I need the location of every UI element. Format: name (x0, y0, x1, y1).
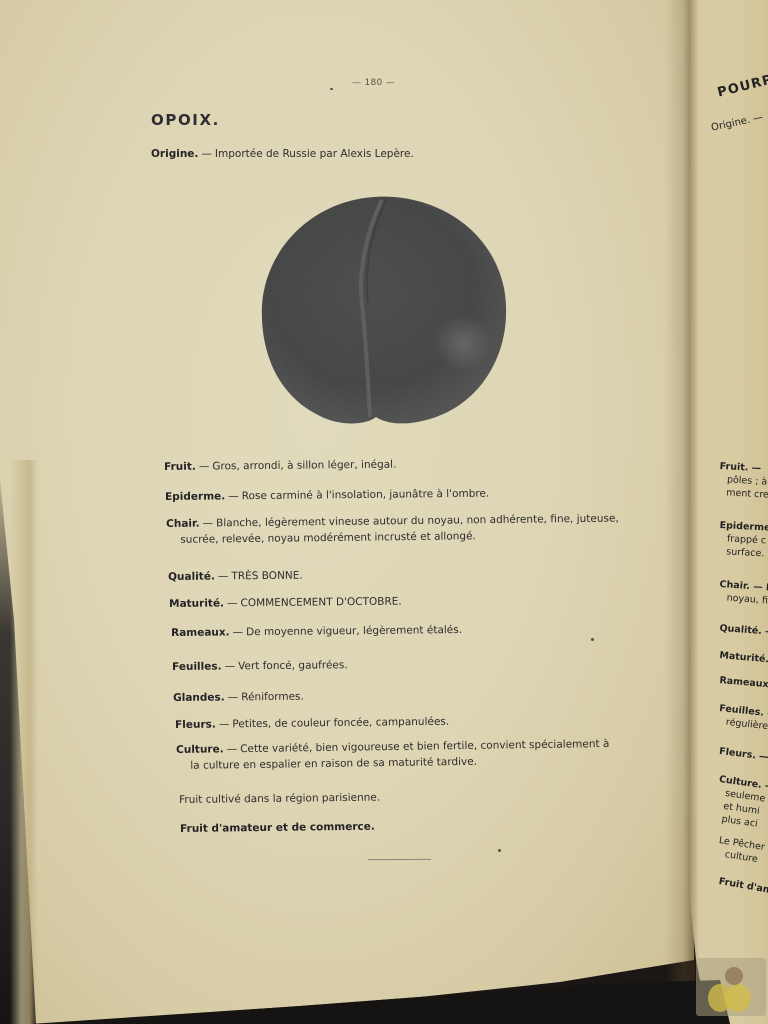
watermark-thumbnail (696, 958, 766, 1016)
right-culture-entry: Culture. — seuleme et humi plus aci (713, 773, 768, 832)
right-page (690, 0, 768, 1024)
entry-line: frappé c (719, 533, 767, 546)
entry-text: Cette variété, bien vigoureuse et bien f… (240, 738, 609, 755)
entry-dash: — (218, 570, 229, 582)
entry-dash: — (228, 691, 239, 703)
entry-line: noyau, fi (718, 592, 768, 606)
entry-dash: — (228, 490, 239, 502)
fruit-thumbnail-icon (696, 958, 766, 1016)
entry-text: Blanche, légèrement vineuse autour du no… (216, 512, 619, 529)
entry-text: TRÈS BONNE. (231, 570, 302, 583)
fleurs-entry: Fleurs.—Petites, de couleur foncée, camp… (175, 714, 449, 733)
entry-label: Culture. (176, 743, 224, 756)
entry-dash: — (233, 626, 244, 638)
page-number: — 180 — (352, 78, 395, 88)
entry-label: Epiderme. (165, 490, 225, 503)
entry-label: Fruit. — (719, 461, 761, 474)
paper-speck (591, 638, 594, 641)
maturite-entry: Maturité.—COMMENCEMENT D'OCTOBRE. (169, 594, 402, 612)
entry-label: Glandes. (173, 691, 225, 704)
variety-title: OPOIX. (151, 111, 220, 129)
entry-label: Chair. (166, 518, 200, 530)
entry-text: Rose carminé à l'insolation, jaunâtre à … (242, 488, 490, 503)
peach-illustration (258, 193, 509, 426)
book-photo: — 180 — OPOIX. Origine.—Importée de Russ… (0, 0, 768, 1024)
epiderme-entry: Epiderme.—Rose carminé à l'insolation, j… (165, 486, 489, 505)
entry-line: pôles ; à (719, 474, 768, 488)
entry-label: Qualité. (168, 571, 215, 583)
entry-label: Feuilles. (172, 660, 222, 673)
paper-speck (330, 88, 333, 90)
entry-dash: — (227, 597, 238, 609)
entry-text: Vert foncé, gaufrées. (238, 659, 348, 672)
entry-label: Rameaux. (171, 626, 230, 639)
entry-line: surface. (718, 546, 765, 559)
entry-label: Fleurs. (175, 719, 216, 731)
entry-text: De moyenne vigueur, légèrement étalés. (246, 624, 462, 638)
entry-dash: — (203, 517, 214, 529)
entry-label: Maturité. (169, 597, 224, 610)
glandes-entry: Glandes.—Réniformes. (173, 689, 304, 706)
right-chair-entry: Chair. — E noyau, fi (718, 578, 768, 608)
entry-dash: — (225, 660, 236, 672)
qualite-entry: Qualité.—TRÈS BONNE. (168, 568, 303, 585)
feuilles-entry: Feuilles.—Vert foncé, gaufrées. (172, 657, 348, 675)
entry-dash: — (227, 743, 238, 755)
region-note: Fruit cultivé dans la région parisienne. (179, 790, 380, 808)
chair-entry: Chair.—Blanche, légèrement vineuse autou… (166, 510, 619, 548)
rameaux-entry: Rameaux.—De moyenne vigueur, légèrement … (171, 622, 462, 641)
entry-text: Réniformes. (241, 691, 304, 704)
entry-text: COMMENCEMENT D'OCTOBRE. (240, 596, 401, 610)
paper-speck (498, 849, 501, 852)
origin-entry: Origine.—Importée de Russie par Alexis L… (151, 146, 414, 162)
culture-entry: Culture.—Cette variété, bien vigoureuse … (176, 736, 610, 774)
entry-label: Chair. — E (719, 579, 768, 594)
entry-dash: — (199, 461, 210, 473)
entry-dash: — (201, 148, 212, 160)
right-fruit-entry: Fruit. — pôles ; à ment cre (718, 460, 768, 502)
entry-label: Fruit. (164, 461, 196, 473)
entry-text: Petites, de couleur foncée, campanulées. (232, 716, 449, 731)
entry-text: Importée de Russie par Alexis Lepère. (215, 148, 414, 160)
entry-text: Gros, arrondi, à sillon léger, inégal. (212, 459, 396, 473)
entry-label: Epiderme. (719, 520, 768, 534)
fruit-entry: Fruit.—Gros, arrondi, à sillon léger, in… (164, 457, 396, 475)
closing-note: Fruit d'amateur et de commerce. (180, 819, 375, 837)
right-epiderme-entry: Epiderme. frappé c surface. (718, 519, 768, 561)
entry-dash: — (219, 718, 230, 730)
page-edge (10, 460, 38, 1024)
entry-label: Origine. (151, 148, 198, 160)
entry-line: ment cre (718, 487, 768, 501)
